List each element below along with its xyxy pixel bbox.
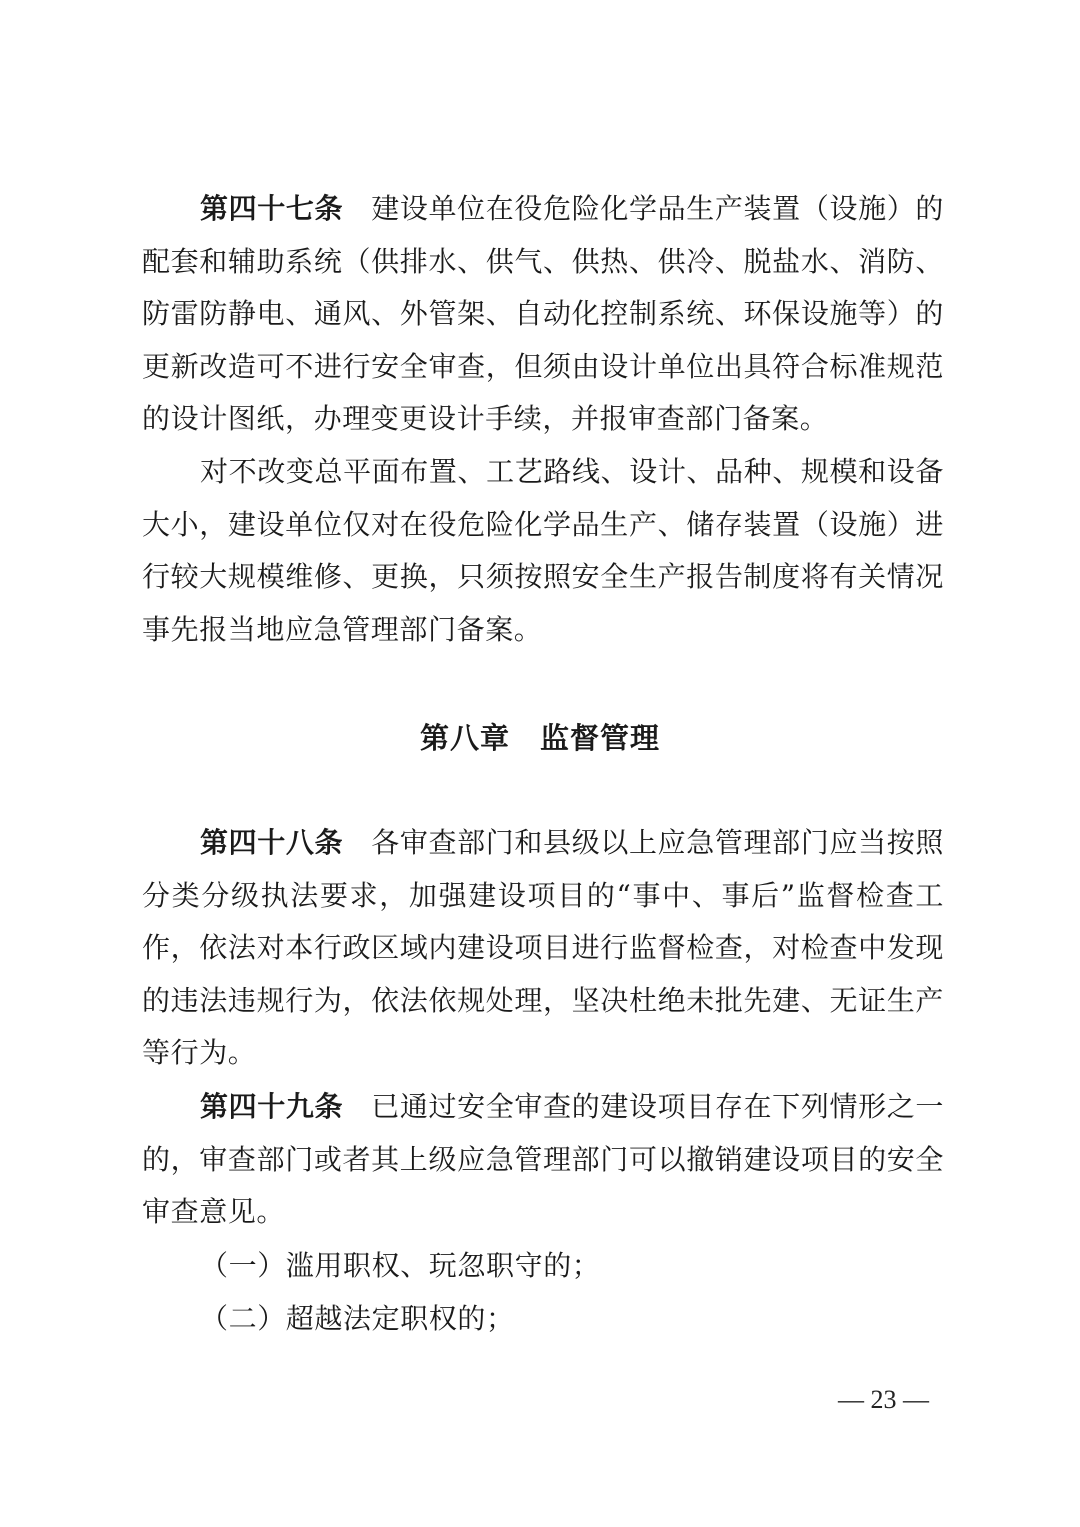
article-48-number: 第四十八条 (200, 826, 343, 859)
article-49-paragraph: 第四十九条已通过安全审查的建设项目存在下列情形之一的，审查部门或者其上级应急管理… (142, 1081, 944, 1239)
page-number: — 23 — (838, 1380, 929, 1420)
chapter-number: 第八章 (420, 721, 510, 755)
article-48-text: 各审查部门和县级以上应急管理部门应当按照分类分级执法要求，加强建设项目的“事中、… (142, 826, 944, 1069)
article-49-number: 第四十九条 (200, 1090, 343, 1123)
chapter-heading: 第八章监督管理 (0, 712, 1080, 764)
article-48-paragraph: 第四十八条各审查部门和县级以上应急管理部门应当按照分类分级执法要求，加强建设项目… (142, 817, 944, 1080)
article-47-paragraph-2: 对不改变总平面布置、工艺路线、设计、品种、规模和设备大小，建设单位仅对在役危险化… (142, 446, 944, 656)
article-49-item-1: （一）滥用职权、玩忽职守的； (200, 1240, 944, 1293)
article-49-item-2: （二）超越法定职权的； (200, 1293, 944, 1346)
article-47-number: 第四十七条 (200, 192, 343, 225)
article-47-text: 建设单位在役危险化学品生产装置（设施）的配套和辅助系统（供排水、供气、供热、供冷… (142, 192, 944, 435)
document-page: 第四十七条建设单位在役危险化学品生产装置（设施）的配套和辅助系统（供排水、供气、… (0, 0, 1080, 1527)
article-47-paragraph: 第四十七条建设单位在役危险化学品生产装置（设施）的配套和辅助系统（供排水、供气、… (142, 183, 944, 446)
chapter-title: 监督管理 (540, 721, 660, 755)
